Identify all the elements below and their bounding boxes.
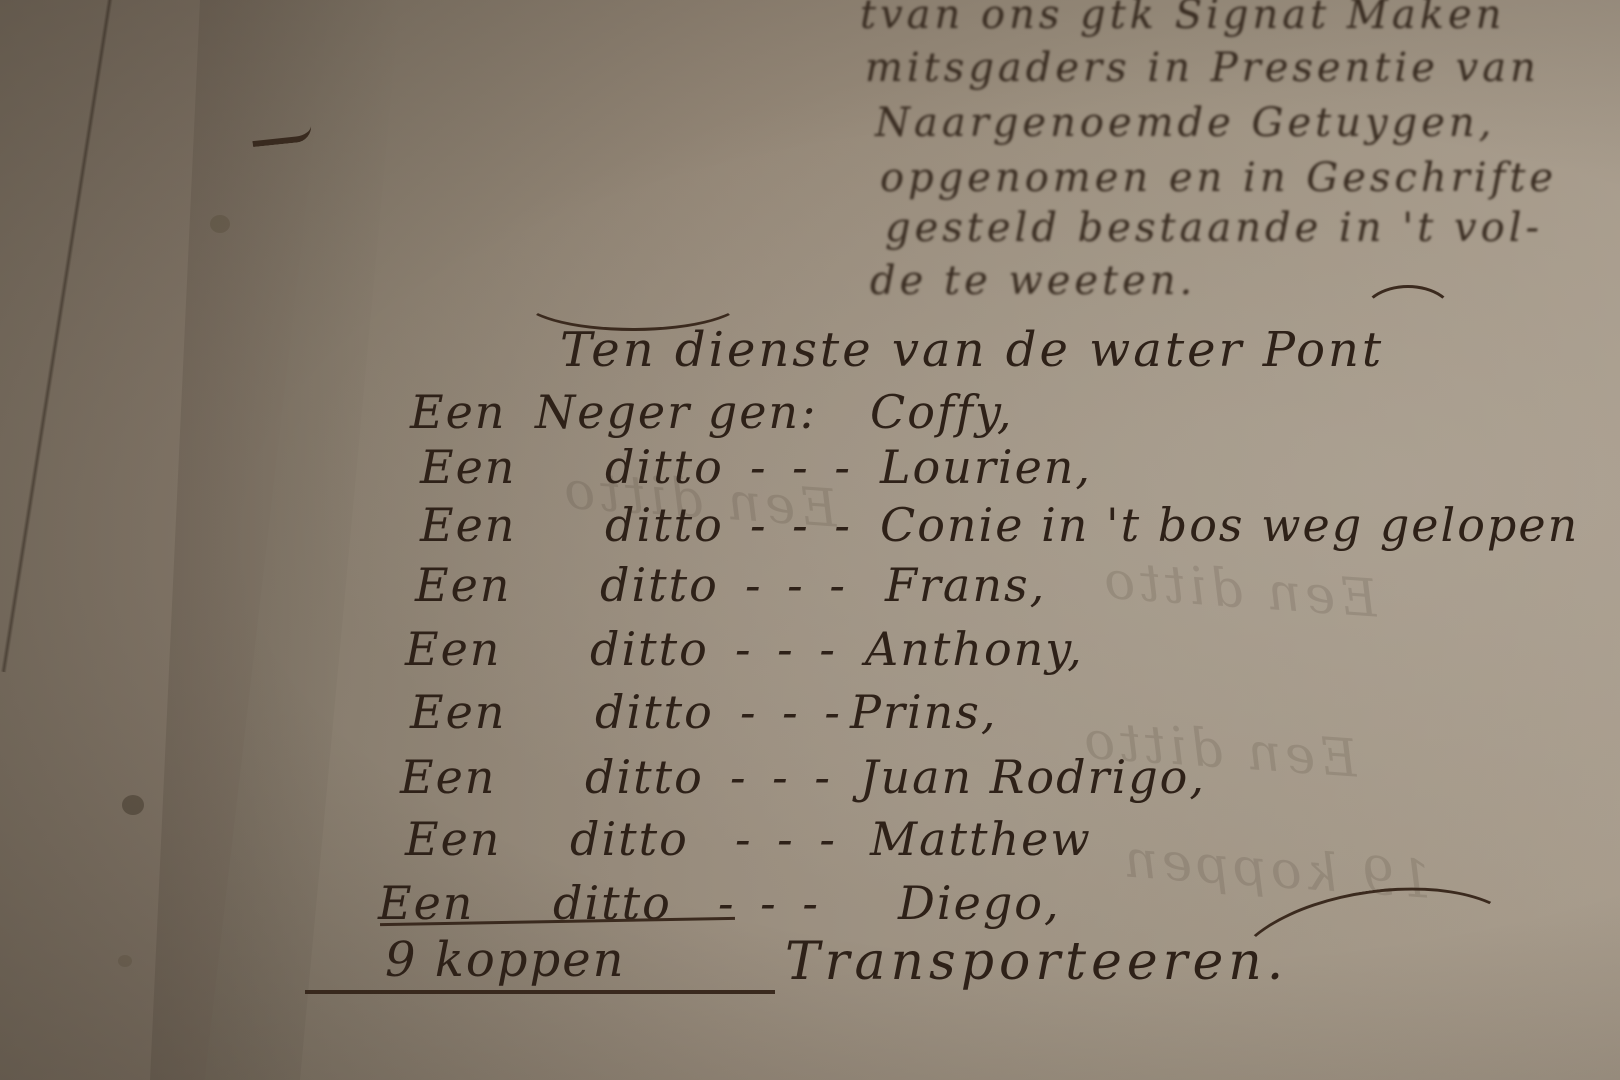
row-dash: - - - xyxy=(730,750,836,804)
ink-spot xyxy=(122,795,144,815)
preamble-line: mitsgaders in Presentie van xyxy=(865,45,1540,91)
row-count: Een xyxy=(420,498,516,552)
row-dash: - - - xyxy=(750,498,856,552)
row-count: Een xyxy=(410,685,506,739)
row-name: Anthony, xyxy=(865,622,1084,676)
row-kind: ditto xyxy=(570,812,689,866)
row-dash: - - - xyxy=(735,622,841,676)
row-name: Frans, xyxy=(885,558,1046,612)
list-row: Een ditto - - - Matthew xyxy=(405,812,1605,872)
row-name: Prins, xyxy=(850,685,998,739)
preamble-line: Naargenoemde Getuygen, xyxy=(875,100,1495,146)
row-kind: ditto xyxy=(595,685,714,739)
row-count: Een xyxy=(405,622,501,676)
list-row: Een ditto - - - Frans, xyxy=(415,558,1615,618)
row-name: Coffy, xyxy=(870,385,1013,439)
row-dash: - - - xyxy=(750,440,856,494)
row-count: Een xyxy=(420,440,516,494)
total-text: Transporteeren. xyxy=(785,932,1288,992)
row-count: Een xyxy=(410,385,506,439)
row-kind: ditto xyxy=(590,622,709,676)
row-kind: ditto xyxy=(605,440,724,494)
document-photograph: Een ditto Een ditto Een ditto 19 koppen … xyxy=(0,0,1620,1080)
preamble-line: tvan ons gtk Signat Maken xyxy=(860,0,1505,38)
row-name: Juan Rodrigo, xyxy=(860,750,1206,804)
row-count: Een xyxy=(415,558,511,612)
section-title: Ten dienste van de water Pont xyxy=(560,322,1384,378)
row-name: Diego, xyxy=(898,876,1061,930)
ink-spot xyxy=(118,955,132,967)
row-kind: Neger gen: xyxy=(535,385,818,439)
row-kind: ditto xyxy=(600,558,719,612)
total-count: 9 koppen xyxy=(385,932,626,988)
list-row: Een ditto - - - Juan Rodrigo, xyxy=(400,750,1600,810)
row-dash: - - - xyxy=(735,812,841,866)
row-dash: - - - xyxy=(718,876,824,930)
row-dash: - - - xyxy=(745,558,851,612)
total-underline xyxy=(305,990,775,994)
row-name: Matthew xyxy=(870,812,1092,866)
preamble-line: gesteld bestaande in 't vol- xyxy=(885,205,1543,251)
row-name: Lourien, xyxy=(880,440,1092,494)
row-name: Conie in 't bos weg gelopen xyxy=(880,498,1579,552)
list-row: Een ditto - - - Conie in 't bos weg gelo… xyxy=(420,498,1620,558)
row-count: Een xyxy=(405,812,501,866)
list-row: Een ditto - - - Anthony, xyxy=(405,622,1605,682)
list-row: Een ditto - - - Prins, xyxy=(410,685,1610,745)
row-dash: - - - xyxy=(740,685,846,739)
row-kind: ditto xyxy=(585,750,704,804)
preamble-line: opgenomen en in Geschrifte xyxy=(880,155,1557,201)
preamble-line: de te weeten. xyxy=(870,258,1196,304)
list-row: Een ditto - - - Lourien, xyxy=(420,440,1620,500)
ink-spot xyxy=(210,215,230,233)
row-count: Een xyxy=(400,750,496,804)
row-kind: ditto xyxy=(605,498,724,552)
list-row: Een Neger gen: Coffy, xyxy=(410,385,1610,445)
